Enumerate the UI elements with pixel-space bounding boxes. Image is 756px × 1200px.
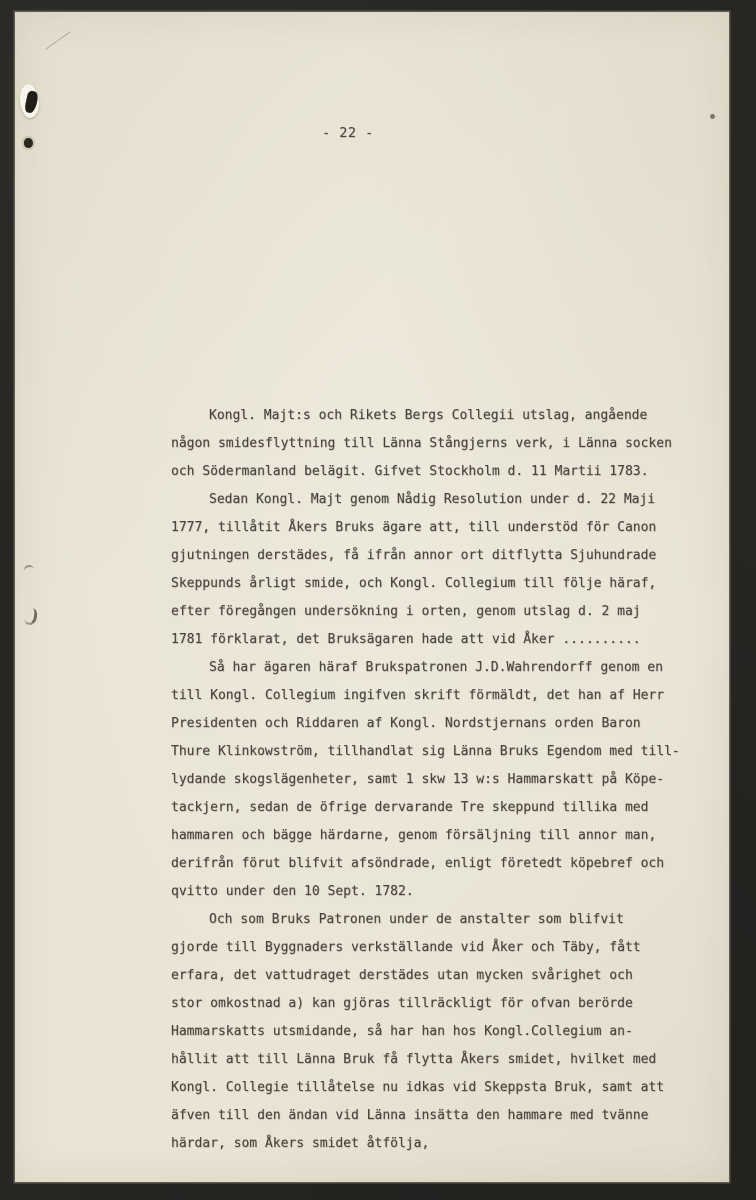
text-line: gjutningen derstädes, få ifrån annor ort… bbox=[171, 542, 691, 570]
text-line: Så har ägaren häraf Brukspatronen J.D.Wa… bbox=[171, 654, 691, 682]
text-line: stor omkostnad a) kan gjöras tillräcklig… bbox=[171, 990, 691, 1018]
text-line: efter föregången undersökning i orten, g… bbox=[171, 598, 691, 626]
text-line: derifrån förut blifvit afsöndrade, enlig… bbox=[171, 850, 691, 878]
page-number: - 22 - bbox=[322, 125, 374, 141]
paragraph: Så har ägaren häraf Brukspatronen J.D.Wa… bbox=[171, 654, 691, 906]
text-line: härdar, som Åkers smidet åtfölja, bbox=[171, 1130, 691, 1158]
typewritten-text: Kongl. Majt:s och Rikets Bergs Collegii … bbox=[171, 402, 691, 1158]
paragraph: Och som Bruks Patronen under de anstalte… bbox=[171, 906, 691, 1158]
text-line: Sedan Kongl. Majt genom Nådig Resolution… bbox=[171, 486, 691, 514]
text-line: 1781 förklarat, det Bruksägaren hade att… bbox=[171, 626, 691, 654]
hole-punch-dot bbox=[24, 138, 33, 148]
text-line: Kongl. Collegie tillåtelse nu idkas vid … bbox=[171, 1074, 691, 1102]
scratch-mark bbox=[45, 31, 70, 49]
text-line: hammaren och bägge härdarne, genom försä… bbox=[171, 822, 691, 850]
paper-speck bbox=[710, 114, 715, 119]
text-line: och Södermanland belägit. Gifvet Stockho… bbox=[171, 458, 691, 486]
text-line: gjorde till Byggnaders verkställande vid… bbox=[171, 934, 691, 962]
paragraph: Kongl. Majt:s och Rikets Bergs Collegii … bbox=[171, 402, 691, 486]
text-line: erfara, det vattudraget derstädes utan m… bbox=[171, 962, 691, 990]
text-line: hållit att till Länna Bruk få flytta Åke… bbox=[171, 1046, 691, 1074]
text-line: någon smidesflyttning till Länna Stångje… bbox=[171, 430, 691, 458]
scan-background: - 22 - Kongl. Majt:s och Rikets Bergs Co… bbox=[0, 0, 756, 1200]
text-line: tackjern, sedan de öfrige dervarande Tre… bbox=[171, 794, 691, 822]
paragraph: Sedan Kongl. Majt genom Nådig Resolution… bbox=[171, 486, 691, 654]
text-line: Skeppunds årligt smide, och Kongl. Colle… bbox=[171, 570, 691, 598]
text-line: Hammarskatts utsmidande, så har han hos … bbox=[171, 1018, 691, 1046]
text-line: 1777, tillåtit Åkers Bruks ägare att, ti… bbox=[171, 514, 691, 542]
text-line: äfven till den ändan vid Länna insätta d… bbox=[171, 1102, 691, 1130]
scanned-document-screenshot: { "page_number": "- 22 -", "document": {… bbox=[0, 0, 756, 1200]
text-line: Kongl. Majt:s och Rikets Bergs Collegii … bbox=[171, 402, 691, 430]
document-page: - 22 - Kongl. Majt:s och Rikets Bergs Co… bbox=[15, 12, 729, 1182]
text-line: lydande skogslägenheter, samt 1 skw 13 w… bbox=[171, 766, 691, 794]
text-line: qvitto under den 10 Sept. 1782. bbox=[171, 878, 691, 906]
text-line: Thure Klinkowström, tillhandlat sig Länn… bbox=[171, 738, 691, 766]
text-line: Presidenten och Riddaren af Kongl. Nords… bbox=[171, 710, 691, 738]
text-line: till Kongl. Collegium ingifven skrift fö… bbox=[171, 682, 691, 710]
text-line: Och som Bruks Patronen under de anstalte… bbox=[171, 906, 691, 934]
